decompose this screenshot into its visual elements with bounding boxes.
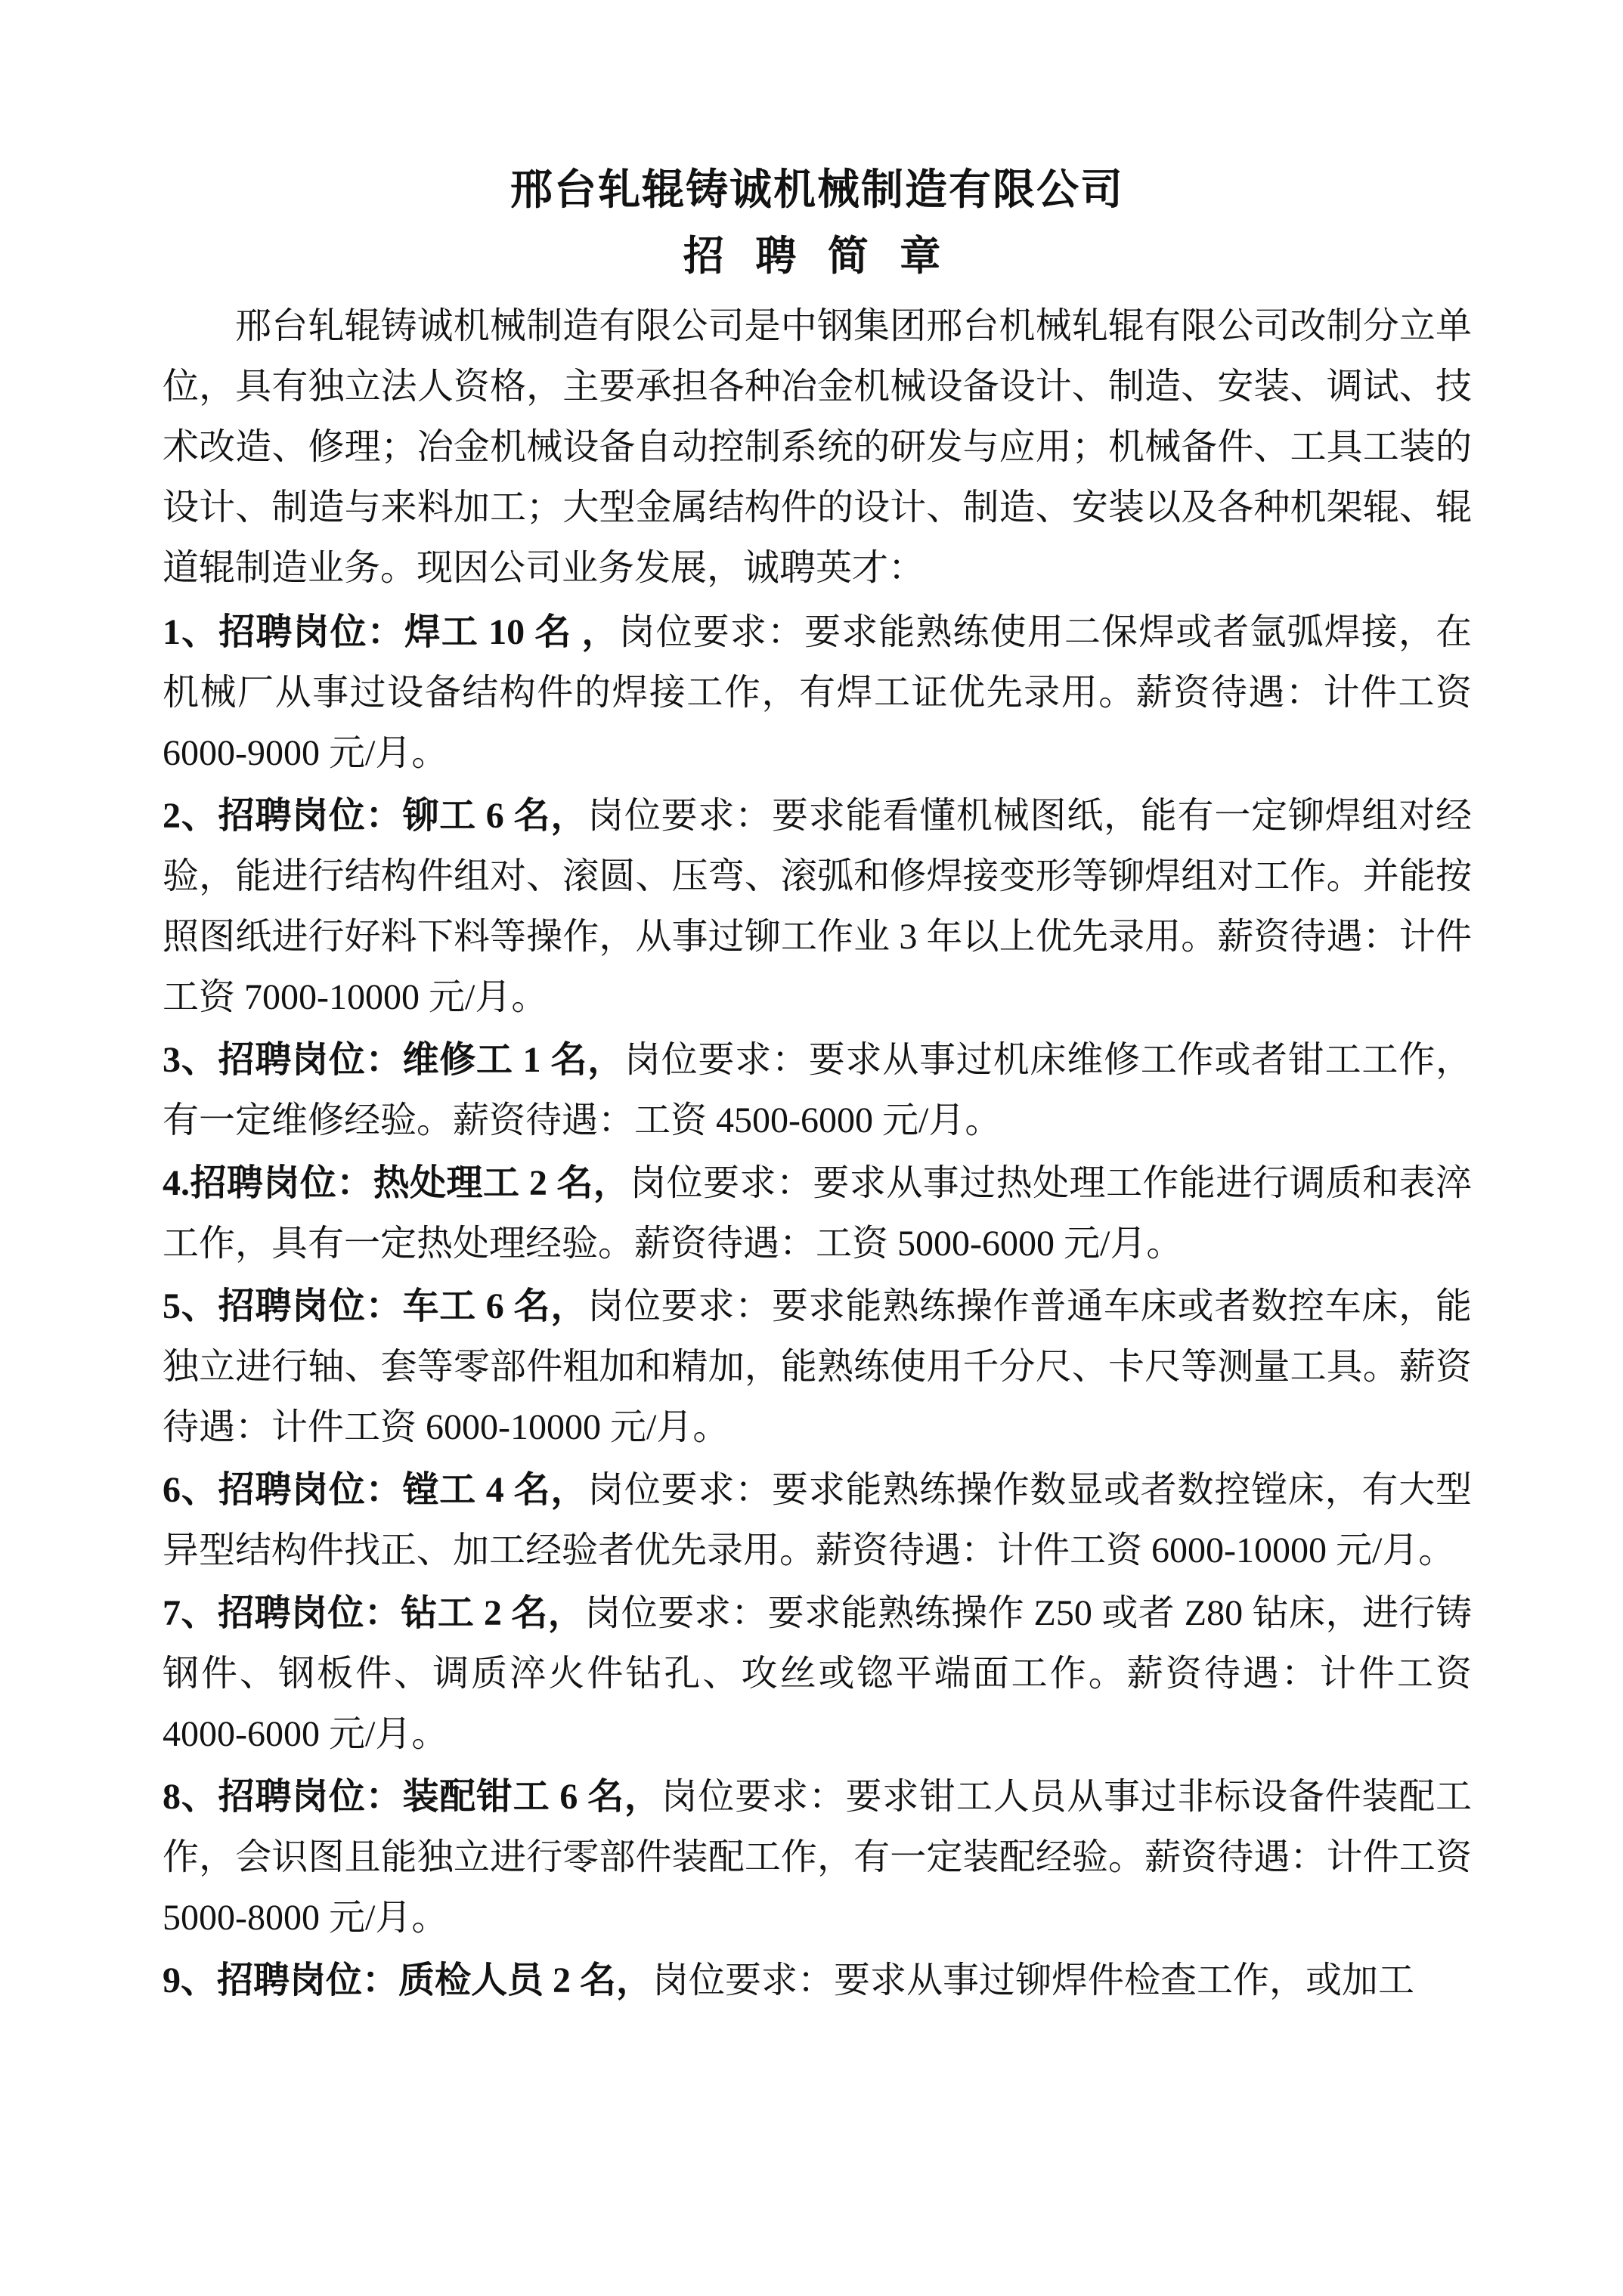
job-item-9: 9、招聘岗位：质检人员 2 名，岗位要求：要求从事过铆焊件检查工作，或加工 — [163, 1951, 1472, 2011]
job-item-6-title: 6、招聘岗位：镗工 4 名， — [163, 1470, 587, 1510]
job-item-3-title: 3、招聘岗位：维修工 1 名， — [163, 1040, 624, 1080]
job-item-1: 1、招聘岗位：焊工 10 名 ，岗位要求：要求能熟练使用二保焊或者氩弧焊接，在机… — [163, 602, 1472, 784]
job-item-4-title: 4.招聘岗位：热处理工 2 名， — [163, 1163, 630, 1203]
job-item-5: 5、招聘岗位：车工 6 名，岗位要求：要求能熟练操作普通车床或者数控车床，能独立… — [163, 1276, 1472, 1458]
job-item-9-title: 9、招聘岗位：质检人员 2 名， — [163, 1960, 652, 2000]
job-item-1-title: 1、招聘岗位：焊工 10 名 ， — [163, 612, 619, 652]
recruitment-notice-page: 邢台轧辊铸诚机械制造有限公司 招 聘 简 章 邢台轧辊铸诚机械制造有限公司是中钢… — [0, 0, 1623, 2296]
job-item-2: 2、招聘岗位：铆工 6 名，岗位要求：要求能看懂机械图纸，能有一定铆焊组对经验，… — [163, 786, 1472, 1028]
job-item-9-detail: 岗位要求：要求从事过铆焊件检查工作，或加工 — [652, 1960, 1414, 2000]
job-item-5-title: 5、招聘岗位：车工 6 名， — [163, 1286, 587, 1326]
job-item-3: 3、招聘岗位：维修工 1 名，岗位要求：要求从事过机床维修工作或者钳工工作，有一… — [163, 1030, 1472, 1151]
company-title: 邢台轧辊铸诚机械制造有限公司 — [163, 157, 1472, 224]
job-item-8-title: 8、招聘岗位：装配钳工 6 名， — [163, 1777, 661, 1817]
job-item-6: 6、招聘岗位：镗工 4 名，岗位要求：要求能熟练操作数显或者数控镗床，有大型异型… — [163, 1460, 1472, 1581]
intro-paragraph: 邢台轧辊铸诚机械制造有限公司是中钢集团邢台机械轧辊有限公司改制分立单位，具有独立… — [163, 296, 1472, 599]
job-item-8: 8、招聘岗位：装配钳工 6 名，岗位要求：要求钳工人员从事过非标设备件装配工作，… — [163, 1767, 1472, 1948]
job-item-7: 7、招聘岗位：钻工 2 名，岗位要求：要求能熟练操作 Z50 或者 Z80 钻床… — [163, 1583, 1472, 1765]
job-item-4: 4.招聘岗位：热处理工 2 名，岗位要求：要求从事过热处理工作能进行调质和表淬工… — [163, 1153, 1472, 1274]
doc-subtitle: 招 聘 简 章 — [163, 224, 1472, 289]
job-item-2-title: 2、招聘岗位：铆工 6 名， — [163, 796, 587, 836]
job-item-7-title: 7、招聘岗位：钻工 2 名， — [163, 1593, 584, 1633]
